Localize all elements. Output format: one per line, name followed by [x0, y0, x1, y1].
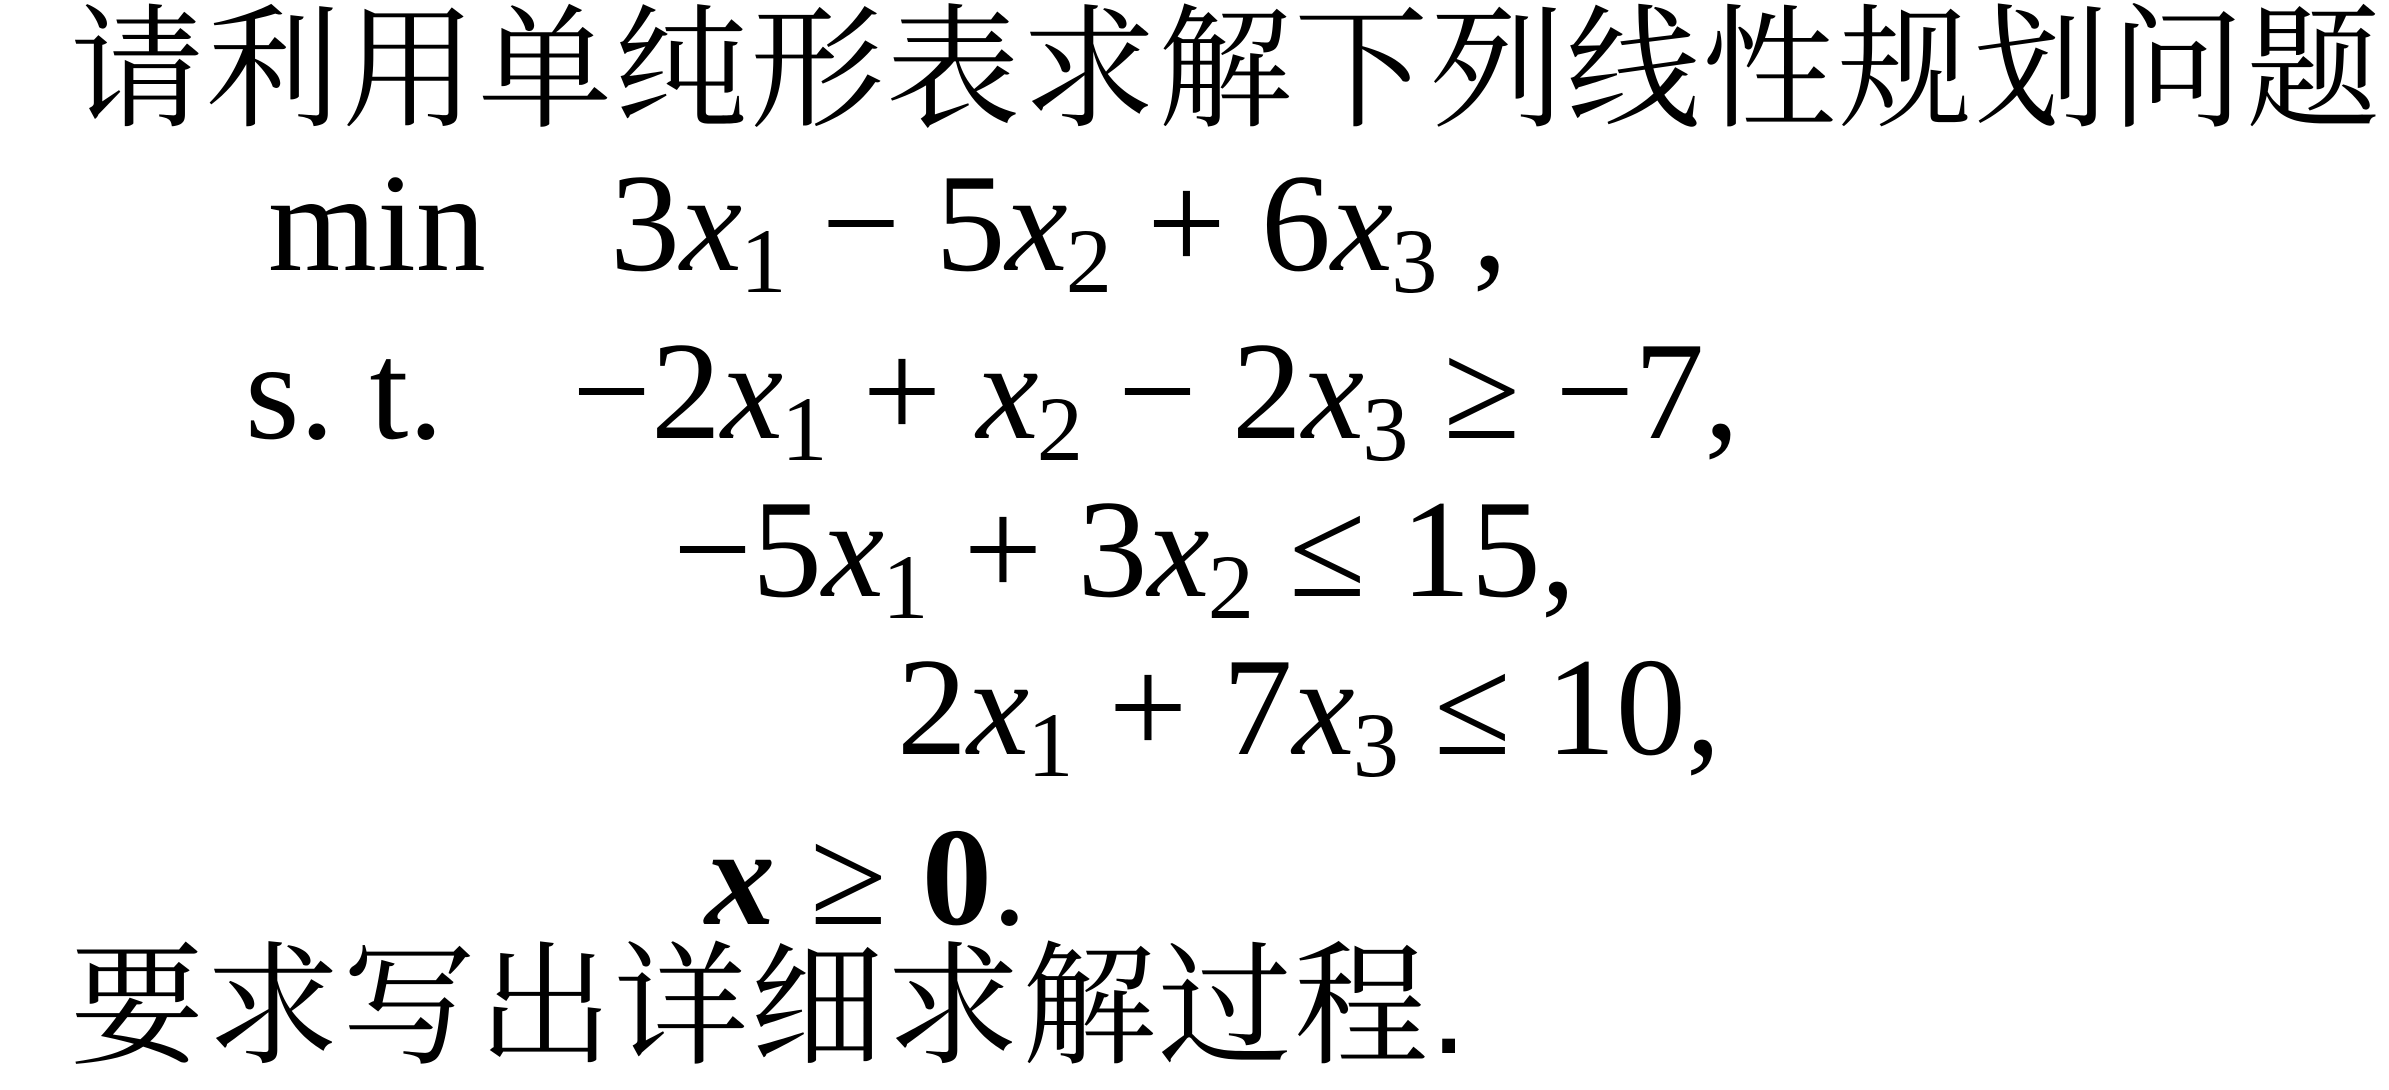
math-token: x [967, 630, 1029, 785]
math-token: 3 [1362, 378, 1408, 480]
math-token: x [976, 314, 1038, 469]
math-token: 6 [1261, 146, 1331, 301]
math-token: 2 [1066, 210, 1112, 312]
math-token: x [705, 800, 775, 955]
math-token: ≥ −7, [1408, 314, 1739, 469]
math-token: , [1437, 146, 1507, 301]
math-token: ≤ 15, [1254, 472, 1576, 627]
math-token: x [822, 472, 884, 627]
problem-footer-text: 要求写出详细求解过程. [70, 933, 1469, 1083]
math-token: −5 [673, 472, 822, 627]
math-token: 5 [935, 146, 1005, 301]
math-token: 1 [1027, 694, 1073, 796]
math-token: 3 [1391, 210, 1437, 312]
math-token: x [1302, 314, 1364, 469]
math-token: ≤ 10, [1399, 630, 1721, 785]
math-token: x [1331, 146, 1393, 301]
math-token: 1 [781, 378, 827, 480]
constraint-nonnegativity: x ≥ 0. [705, 808, 1027, 948]
math-token: x [1292, 630, 1354, 785]
math-token: − [787, 146, 936, 301]
math-token: x [721, 314, 783, 469]
problem-intro-text: 请利用单纯形表求解下列线性规划问题. [70, 0, 2389, 146]
math-token: + [1112, 146, 1261, 301]
math-token: + 3 [928, 472, 1147, 627]
math-token: 3 [610, 146, 680, 301]
problem-page: 请利用单纯形表求解下列线性规划问题. min 3x1 − 5x2 + 6x3 ,… [0, 0, 2389, 1090]
math-token: x [1147, 472, 1209, 627]
objective-expression: 3x1 − 5x2 + 6x3 , [610, 154, 1507, 331]
math-token: . [992, 800, 1027, 955]
math-token: 0 [922, 800, 992, 955]
math-token: + 7 [1074, 630, 1293, 785]
math-token: −2 [572, 314, 721, 469]
math-token: 3 [1353, 694, 1399, 796]
math-token: 1 [882, 536, 928, 638]
math-token: − 2 [1083, 314, 1302, 469]
subject-to-label: s. t. [245, 322, 443, 462]
math-token: x [680, 146, 742, 301]
math-token: 2 [897, 630, 967, 785]
math-token: + [827, 314, 976, 469]
math-token: 1 [740, 210, 786, 312]
math-token: ≥ [775, 800, 922, 955]
math-token: 2 [1208, 536, 1254, 638]
math-token: x [1005, 146, 1067, 301]
math-token: 2 [1037, 378, 1083, 480]
objective-keyword: min [268, 154, 486, 294]
constraint-3: 2x1 + 7x3 ≤ 10, [897, 638, 1721, 815]
